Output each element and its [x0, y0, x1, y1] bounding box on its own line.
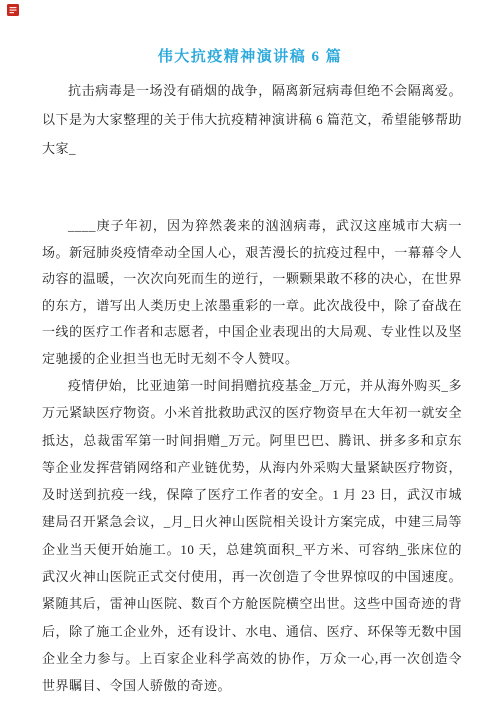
body-paragraph-1: ____庚子年初，因为猝然袭来的汹汹病毒，武汉这座城市大病一场。新冠肺炎疫情牵动…	[42, 213, 462, 372]
document-title: 伟大抗疫精神演讲稿 6 篇	[0, 0, 500, 66]
intro-paragraph: 抗击病毒是一场没有硝烟的战争，隔离新冠病毒但绝不会隔离爱。以下是为大家整理的关于…	[42, 76, 462, 163]
document-page: 伟大抗疫精神演讲稿 6 篇 抗击病毒是一场没有硝烟的战争，隔离新冠病毒但绝不会隔…	[0, 0, 500, 707]
red-stamp-icon	[7, 4, 19, 16]
document-body: 抗击病毒是一场没有硝烟的战争，隔离新冠病毒但绝不会隔离爱。以下是为大家整理的关于…	[0, 66, 500, 700]
body-paragraph-2: 疫情伊始，比亚迪第一时间捐赠抗疫基金_万元，并从海外购买_多万元紧缺医疗物资。小…	[42, 372, 462, 700]
